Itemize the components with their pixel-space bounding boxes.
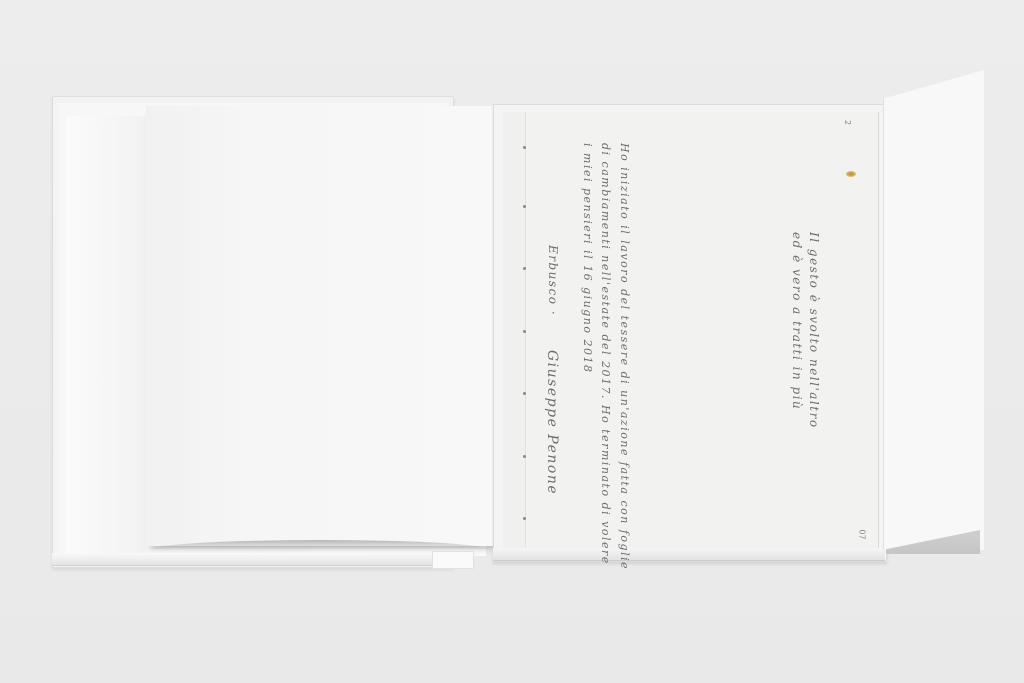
box-lid-flap xyxy=(883,70,984,550)
stitch-hole xyxy=(523,267,526,270)
page-number-bottom: 07 xyxy=(858,529,867,539)
stitch-hole xyxy=(523,455,526,458)
stitch-hole xyxy=(523,330,526,333)
handwriting-top-note-line2: ed è vero a tratti in più xyxy=(790,232,804,410)
stitch-hole xyxy=(523,205,526,208)
box-hinge-tab xyxy=(432,551,474,569)
handwriting-body-line2: di cambiamenti nell'estate del 2017. Ho … xyxy=(599,143,612,565)
handwriting-body-line1: Ho iniziato il lavoro del tessere di un'… xyxy=(618,143,631,570)
box-left-inner-wall xyxy=(66,116,146,556)
stitch-hole xyxy=(523,392,526,395)
handwriting-signature-name: Giuseppe Penone xyxy=(544,350,560,495)
stitch-hole xyxy=(523,146,526,149)
handwriting-top-note-line1: Il gesto è svolto nell'altro xyxy=(807,232,821,429)
stain-mark xyxy=(846,171,856,177)
box-right-bottom-edge xyxy=(493,548,885,561)
stitch-hole xyxy=(523,517,526,520)
page-number-top: 2 xyxy=(843,120,852,125)
handwriting-body-line3: i miei pensieri il 16 giugno 2018 xyxy=(581,143,594,373)
box-left-bottom-edge xyxy=(52,553,432,566)
handwriting-signature-place: Erbusco · xyxy=(546,245,560,316)
blank-flyleaf-page xyxy=(146,106,498,546)
